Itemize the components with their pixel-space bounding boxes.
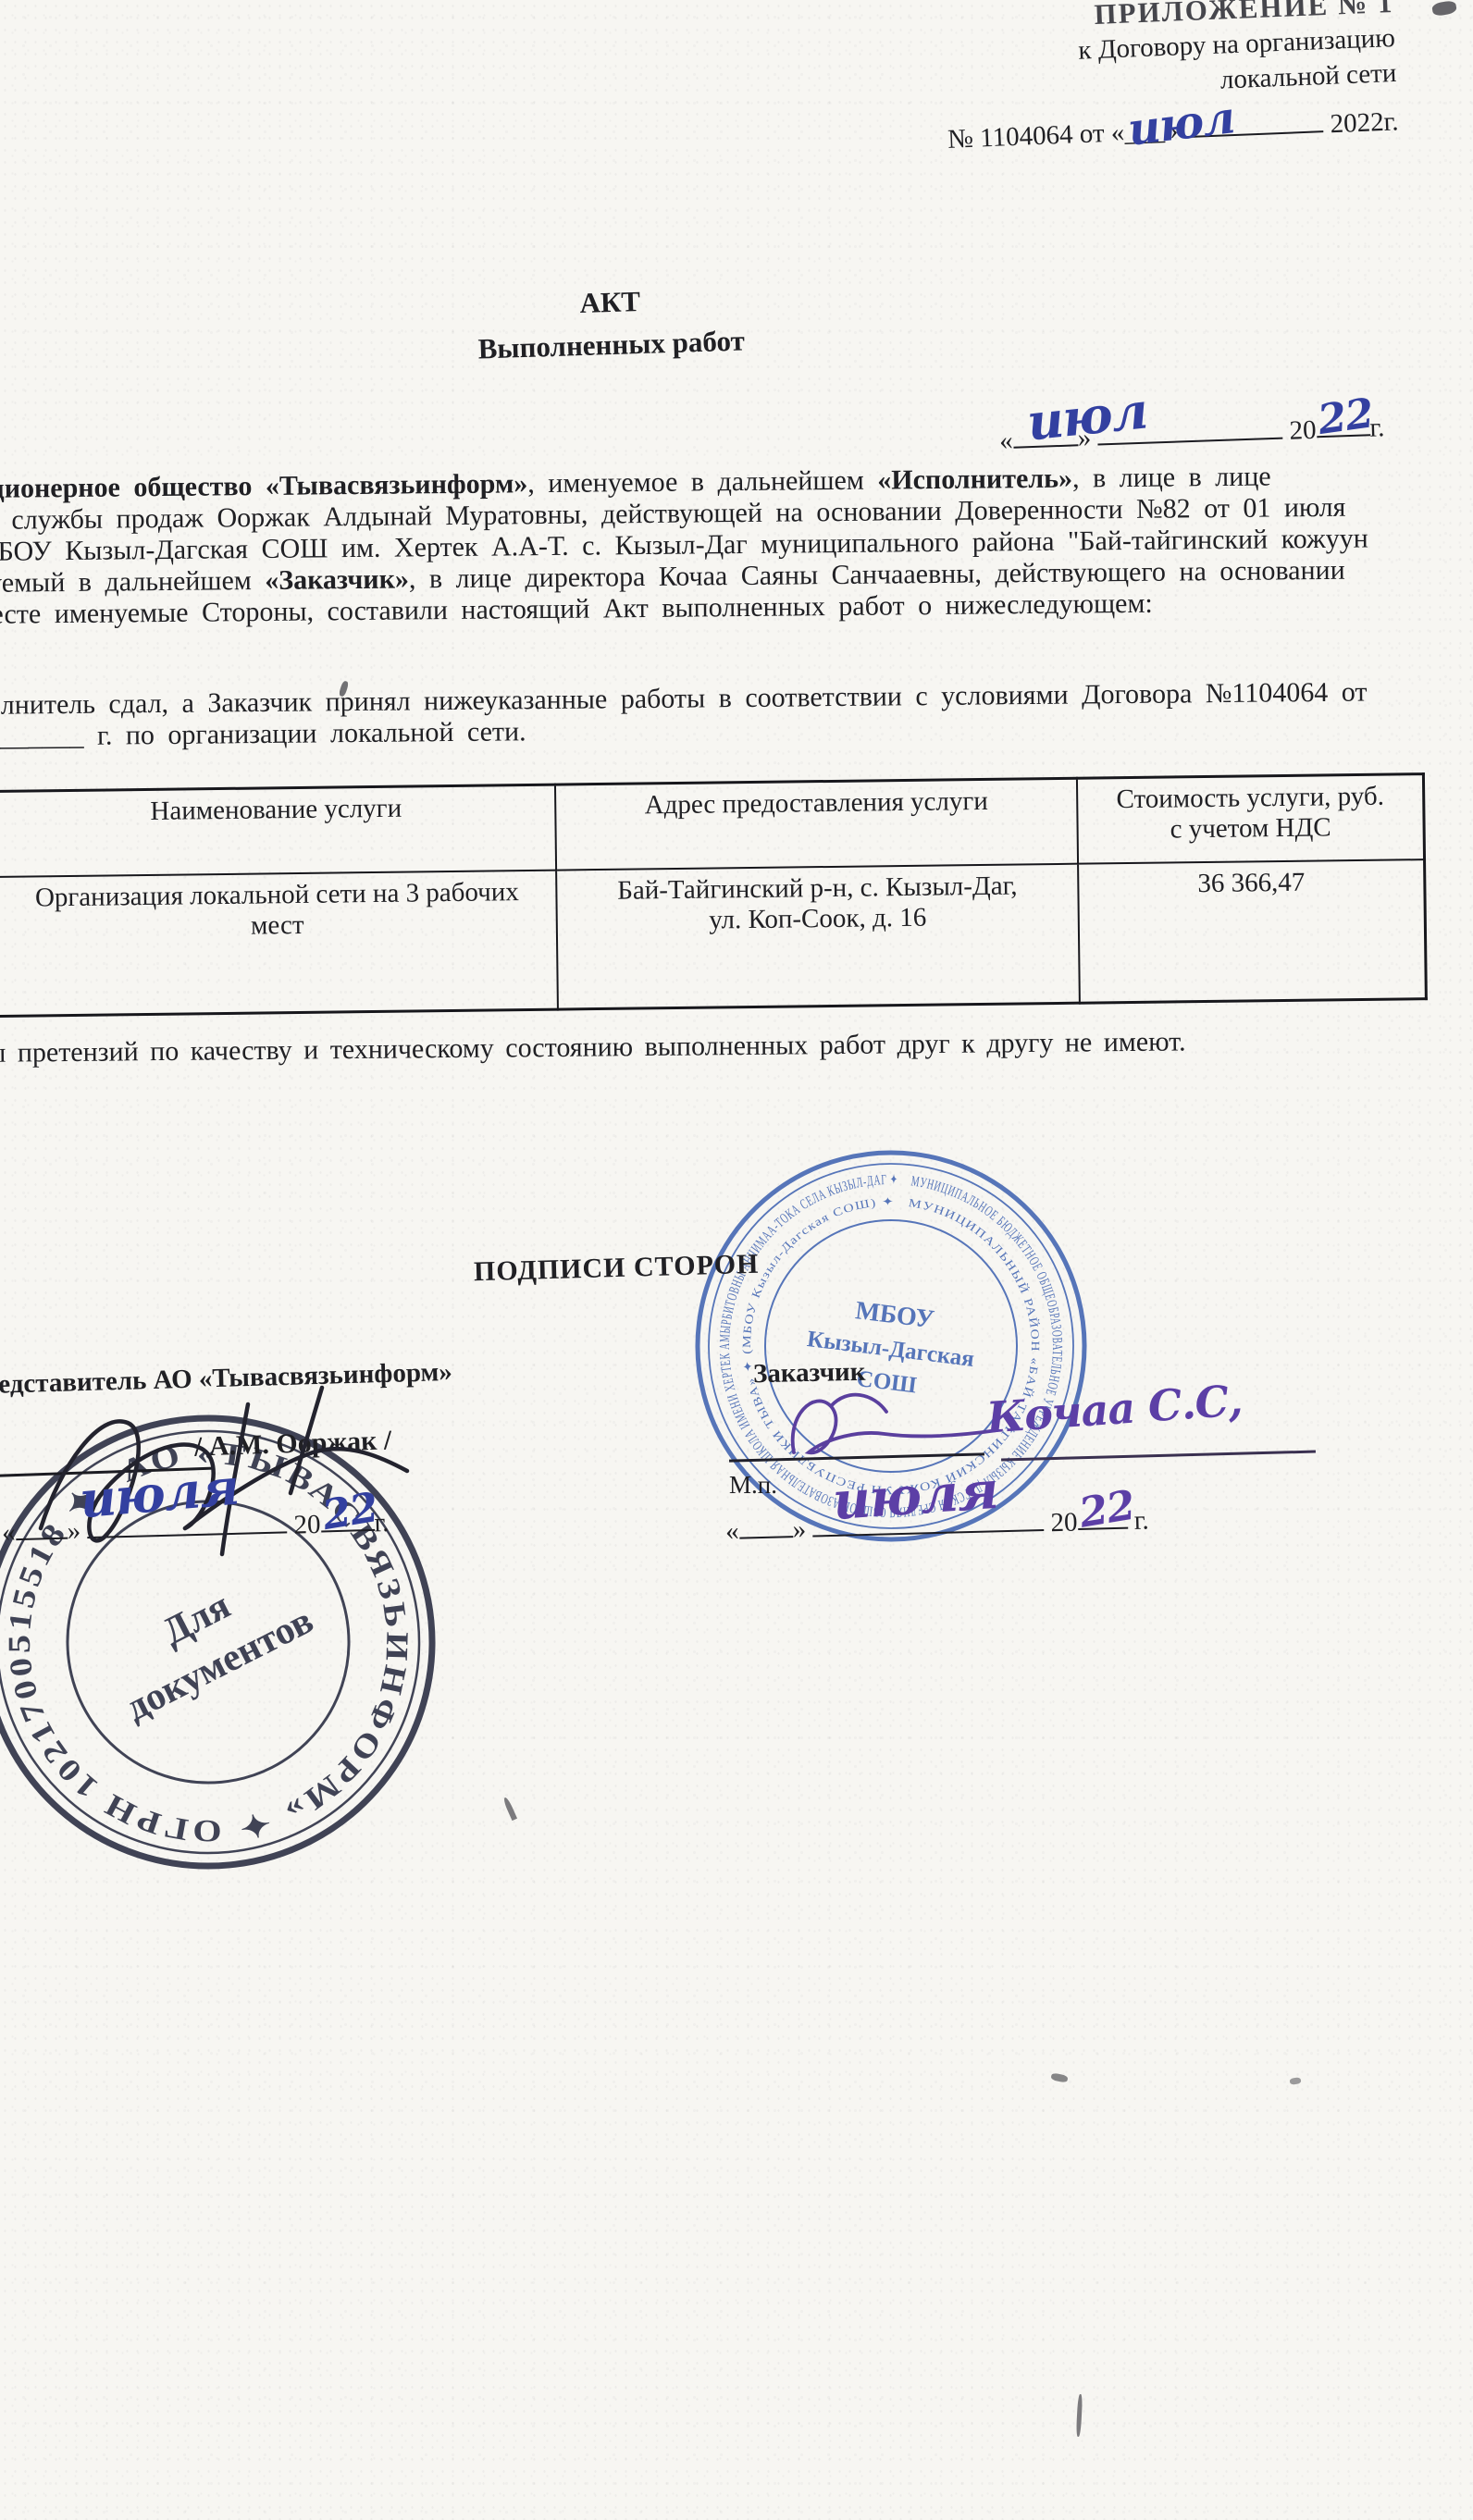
cell-cost: 36 366,47 — [1078, 859, 1426, 1003]
signatures-heading: ПОДПИСИ СТОРОН — [474, 1249, 760, 1289]
table-row: Организация локальной сети на 3 рабочих … — [0, 859, 1426, 1016]
ink-speck — [1290, 2077, 1302, 2085]
customer-signature — [774, 1380, 1005, 1473]
mp-mark: М.п. — [729, 1471, 777, 1500]
handwritten-year-act: 22 — [1314, 390, 1375, 445]
col-service-header: Наименование услуги — [0, 784, 556, 877]
col-cost-header: Стоимость услуги, руб. с учетом НДС — [1077, 774, 1425, 864]
col-address-header: Адрес предоставления услуги — [555, 778, 1078, 870]
ink-speck — [1076, 2394, 1083, 2437]
paragraph-works: полнитель сдал, а Заказчик принял нижеук… — [0, 677, 1368, 753]
ink-speck — [1050, 2072, 1068, 2083]
document-title: АКТ Выполненных работ — [360, 274, 862, 375]
scanned-act-document: ПРИЛОЖЕНИЕ № 1 к Договору на организацию… — [0, 0, 1473, 2520]
handwritten-month-right: июля — [831, 1460, 1000, 1532]
dark-stamp-center-line1: Для — [155, 1584, 237, 1653]
stamp-center-line1: МБОУ — [854, 1296, 936, 1334]
handwritten-year-right: 22 — [1075, 1482, 1137, 1538]
customer-name-handwritten: Кочаа С.С, — [984, 1375, 1243, 1442]
ink-speck — [1431, 0, 1457, 17]
handwritten-month-act: июл — [1024, 380, 1150, 451]
dark-stamp-center-line2: документов — [119, 1600, 320, 1730]
cell-address: Бай-Тайгинский р-н, с. Кызыл-Даг, ул. Ко… — [556, 864, 1080, 1009]
ink-speck — [502, 1797, 517, 1821]
works-table: Наименование услуги Адрес предоставления… — [0, 772, 1428, 1018]
paragraph-parties: кционерное общество «Тывасвязьинформ», и… — [0, 461, 1369, 631]
cell-service: Организация локальной сети на 3 рабочих … — [0, 871, 558, 1017]
closing-sentence: ны претензий по качеству и техническому … — [0, 1026, 1186, 1069]
customer-name-line — [1001, 1451, 1316, 1462]
